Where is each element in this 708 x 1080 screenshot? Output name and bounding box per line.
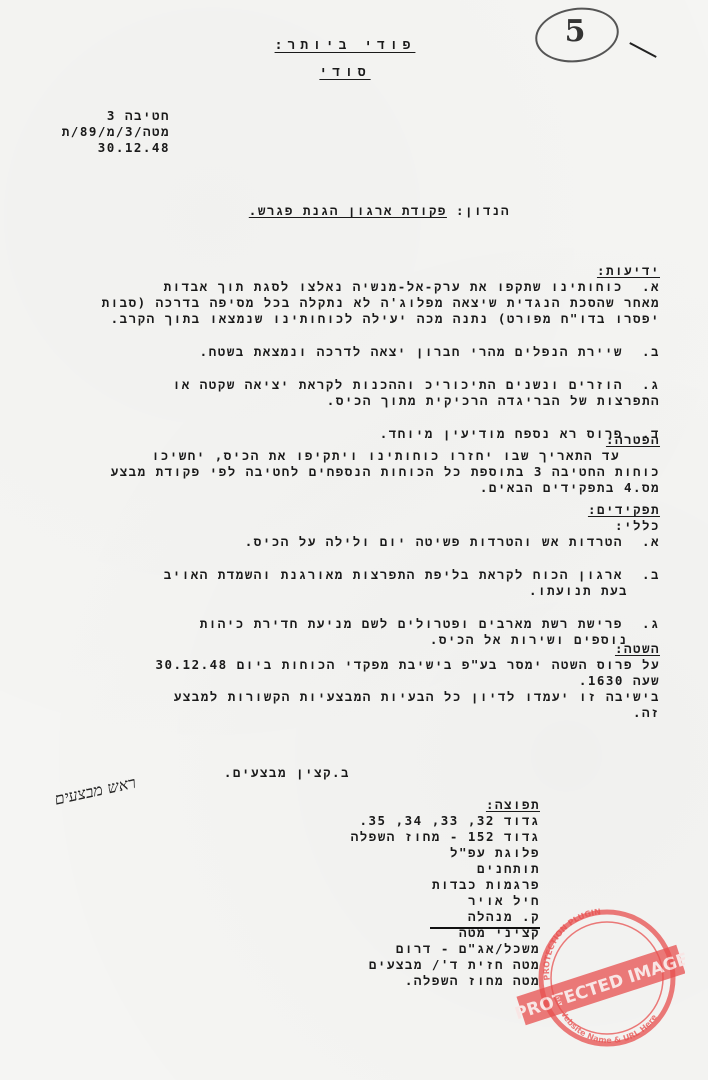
item-marker: א. (642, 534, 660, 549)
classification-secret: סודי (250, 65, 440, 80)
distribution-item: גדוד 152 - מחוז השפלה (390, 829, 540, 845)
header-reference: מטה/3/מ/89/ת (60, 124, 170, 140)
section-tasks: תפקידים: כללי: א. הטרדות אש והטרדות פשיט… (60, 502, 660, 648)
subject-line: הנדון: פקודת ארגון הגנת פגרש. (200, 203, 510, 219)
item-line: מאחר שהסכת הנגדית שיצאה מפלוג'ה לא נתקלה… (60, 295, 660, 311)
item-line: שיירת הנפלים מהרי חברון יצאה לדרכה ונמצא… (200, 344, 623, 359)
pen-stroke (629, 42, 656, 58)
item-line: כוחותינו שתקפו את ערק-אל-מנשיה נאלצו לסג… (164, 279, 623, 294)
list-item: א. הטרדות אש והטרדות פשיטה יום ולילה על … (60, 534, 660, 550)
section-subtitle: כללי: (60, 518, 660, 534)
item-line: בעת תנועתו. (60, 583, 660, 599)
list-item: א. כוחותינו שתקפו את ערק-אל-מנשיה נאלצו … (60, 279, 660, 327)
item-line: הטרדות אש והטרדות פשיטה יום ולילה על הכי… (245, 534, 623, 549)
watermark-stamp: PROTECTED IMAGE PROTECTION PLUGIN My Web… (515, 900, 685, 1050)
distribution-title: תפוצה: (390, 797, 540, 813)
section-method: השטה: על פרוס השטה ימסר בע"פ בישיבת מפקד… (60, 641, 660, 721)
item-line: פרישת רשת מארבים ופטרולים לשם מניעת חדיר… (200, 616, 623, 631)
section-title: ידיעות: (60, 263, 660, 279)
watermark-bottom-arc: My Website Name & URL Here (553, 994, 659, 1046)
subject-text: פקודת ארגון הגנת פגרש. (249, 203, 447, 218)
watermark-main-text: PROTECTED IMAGE (515, 949, 685, 1024)
para-line: עד התאריך שבו יחזרו כוחותינו ויתקיפו את … (60, 448, 660, 464)
section-title: הפטרה: (60, 432, 660, 448)
distribution-item: חיל אויר (390, 893, 540, 909)
item-line: יפסרו בדו"ח מפורט) נתנה מכה יעילה לכוחות… (60, 311, 660, 327)
item-line: הוזרים ונשנים התיכוריכ וההכנות לקראת יצי… (173, 377, 623, 392)
distribution-divider (430, 927, 540, 929)
para-line: מס.4 בתפקידים הבאים. (60, 480, 660, 496)
section-title: תפקידים: (60, 502, 660, 518)
classification-top-secret: פודי ביותר: (250, 38, 440, 53)
para-line: כוחות החטיבה 3 בתוספת כל הכוחות הנספחים … (60, 464, 660, 480)
list-item: ב. ארגון הכוח לקראת בליפת התפרצות מאורגנ… (60, 567, 660, 599)
document-page: פודי ביותר: סודי 5 חטיבה 3 מטה/3/מ/89/ת … (0, 0, 708, 1080)
item-line: התפרצות של הבריגדה הרכיקית מתוך הכיס. (60, 393, 660, 409)
distribution-item: מטה מחוז השפלה. (390, 973, 540, 989)
distribution-item: תותחנים (390, 861, 540, 877)
header-unit: חטיבה 3 (60, 108, 170, 124)
item-marker: א. (642, 279, 660, 294)
para-line: על פרוס השטה ימסר בע"פ בישיבת מפקדי הכוח… (60, 657, 660, 673)
item-marker: ג. (642, 616, 660, 631)
distribution-item: פרגמות כבדות (390, 877, 540, 893)
item-marker: ב. (642, 567, 660, 582)
distribution-item: ק. מנהלה (390, 909, 540, 925)
item-marker: ב. (642, 344, 660, 359)
signature-block: ב.קצין מבצעים. (120, 765, 350, 781)
handwritten-signature: ראש מבצעים (16, 773, 140, 827)
header-block: חטיבה 3 מטה/3/מ/89/ת 30.12.48 (60, 108, 170, 156)
header-date: 30.12.48 (60, 140, 170, 156)
item-marker: ג. (642, 377, 660, 392)
distribution-item: פלוגת עפ"ל (390, 845, 540, 861)
subject-label: הנדון: (456, 203, 510, 218)
list-item: ב. שיירת הנפלים מהרי חברון יצאה לדרכה ונ… (60, 344, 660, 360)
distribution-list: תפוצה: גדוד 32, 33, 34, 35. גדוד 152 - מ… (390, 797, 540, 989)
svg-text:My Website Name & URL Here: My Website Name & URL Here (553, 994, 659, 1046)
para-line: בישיבה זו יעמדו לדיון כל הבעיות המבצעיות… (60, 689, 660, 705)
svg-text:PROTECTION PLUGIN: PROTECTION PLUGIN (542, 907, 601, 981)
para-line: שעה 1630. (60, 673, 660, 689)
watermark-top-arc: PROTECTION PLUGIN (542, 907, 601, 981)
item-line: ארגון הכוח לקראת בליפת התפרצות מאורגנת ו… (164, 567, 623, 582)
page-number: 5 (555, 14, 595, 49)
list-item: ג. הוזרים ונשנים התיכוריכ וההכנות לקראת … (60, 377, 660, 409)
para-line: זה. (60, 705, 660, 721)
distribution-item: משכל/אג"ם - דרום (390, 941, 540, 957)
section-intelligence: ידיעות: א. כוחותינו שתקפו את ערק-אל-מנשי… (60, 263, 660, 442)
section-title: השטה: (60, 641, 660, 657)
distribution-item: מטה חזית ד'/ מבצעים (390, 957, 540, 973)
distribution-item: גדוד 32, 33, 34, 35. (390, 813, 540, 829)
section-mission: הפטרה: עד התאריך שבו יחזרו כוחותינו ויתק… (60, 432, 660, 496)
